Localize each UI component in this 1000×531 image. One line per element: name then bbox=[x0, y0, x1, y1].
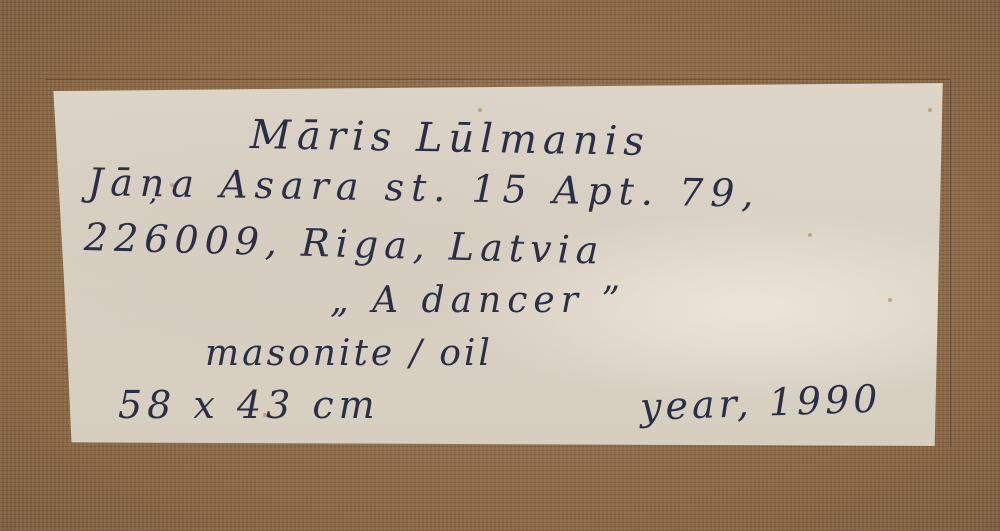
paper-stain bbox=[808, 233, 812, 237]
artwork-dimensions: 58 x 43 cm bbox=[118, 383, 380, 427]
paper-stain bbox=[888, 298, 892, 302]
artwork-medium: masonite / oil bbox=[205, 333, 493, 374]
pencil-guide-line-right bbox=[950, 79, 951, 447]
paper-stain bbox=[928, 108, 932, 112]
artist-name: Māris Lūlmanis bbox=[250, 112, 651, 165]
artwork-year: year, 1990 bbox=[639, 377, 882, 429]
paper-stain bbox=[478, 108, 482, 112]
pencil-guide-line-top bbox=[45, 79, 950, 80]
artwork-title: „ A dancer ” bbox=[330, 280, 626, 321]
